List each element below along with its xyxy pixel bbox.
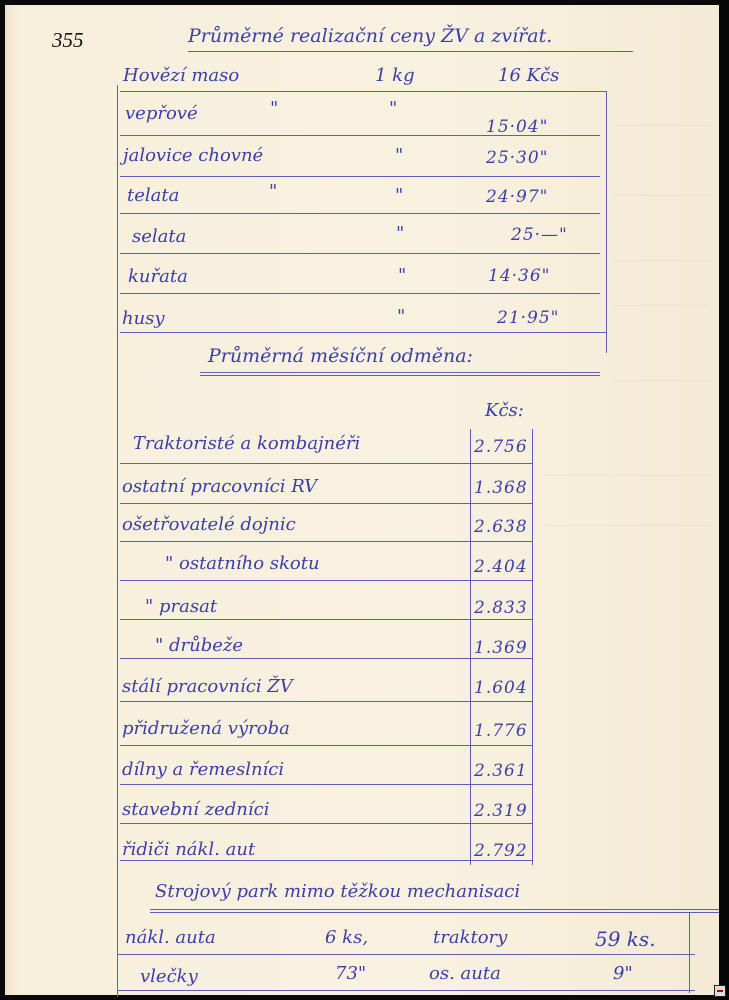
- salary-label: ostatní pracovníci RV: [122, 478, 317, 496]
- table3-right-border: [689, 913, 690, 993]
- salary-label: dílny a řemeslníci: [122, 761, 284, 779]
- salary-label: " ostatního skotu: [165, 555, 320, 573]
- machine-name: nákl. auta: [125, 929, 216, 947]
- machine-name: traktory: [433, 929, 507, 947]
- row-divider: [120, 213, 600, 214]
- table1-bottom-border: [120, 332, 607, 333]
- ditto-mark: ": [397, 308, 405, 326]
- header-unit: 1 kg: [375, 67, 415, 85]
- salary-value: 2.404: [474, 559, 528, 576]
- ditto-mark: ": [395, 187, 403, 205]
- row-divider: [120, 619, 533, 620]
- currency-header: Kčs:: [485, 402, 524, 420]
- table3-bottom-border: [117, 990, 695, 991]
- row-divider: [120, 253, 600, 254]
- row-divider: [120, 176, 600, 177]
- salary-value: 2.319: [474, 803, 528, 820]
- row-divider: [120, 503, 533, 504]
- ditto-mark: ": [270, 100, 278, 118]
- row-divider: [120, 580, 533, 581]
- scan-edge-shadow: [719, 0, 729, 1000]
- title-underline: [200, 372, 600, 373]
- section2-title: Průměrná měsíční odměna:: [208, 347, 473, 366]
- salary-label: řidiči nákl. aut: [122, 841, 255, 859]
- salary-value: 2.833: [474, 600, 528, 617]
- row-divider: [117, 954, 695, 955]
- row-divider: [120, 745, 533, 746]
- row-item: telata: [127, 187, 179, 205]
- title-underline-2: [200, 375, 600, 376]
- salary-label: ošetřovatelé dojnic: [122, 516, 296, 534]
- page-left-margin-line: [117, 85, 118, 997]
- row-price: 25·—": [511, 227, 568, 244]
- row-price: 15·04": [486, 119, 549, 136]
- salary-label: stálí pracovníci ŽV: [122, 678, 293, 696]
- row-divider: [120, 541, 533, 542]
- table1-top-border: [120, 91, 607, 92]
- salary-value: 1.368: [474, 480, 528, 497]
- title-underline: [150, 909, 720, 910]
- salary-label: Traktoristé a kombajnéři: [133, 435, 360, 453]
- ditto-mark: ": [398, 267, 406, 285]
- title-underline: [188, 51, 633, 52]
- page-number: 355: [52, 28, 84, 53]
- machine-count: 9": [613, 965, 633, 983]
- salary-label: " prasat: [145, 598, 217, 616]
- salary-label: stavební zedníci: [122, 801, 269, 819]
- machine-name: os. auta: [429, 965, 501, 983]
- row-price: 24·97": [486, 189, 549, 206]
- machine-count: 6 ks,: [325, 929, 368, 947]
- machine-name: vlečky: [140, 968, 198, 986]
- row-price: 21·95": [497, 310, 560, 327]
- row-item: husy: [122, 310, 165, 328]
- salary-value: 2.756: [474, 439, 528, 456]
- machine-count: 59 ks.: [595, 929, 656, 949]
- value-col-right: [532, 429, 533, 865]
- salary-value: 1.369: [474, 640, 528, 657]
- header-item: Hovězí maso: [123, 67, 239, 85]
- salary-value: 2.638: [474, 519, 528, 536]
- salary-value: 2.361: [474, 763, 528, 780]
- row-price: 14·36": [488, 268, 551, 285]
- row-divider: [120, 463, 533, 464]
- row-divider: [120, 784, 533, 785]
- ditto-mark: ": [396, 225, 404, 243]
- row-divider: [120, 823, 533, 824]
- row-item: kuřata: [128, 268, 188, 286]
- row-divider: [120, 135, 600, 136]
- salary-value: 2.792: [474, 843, 528, 860]
- ditto-mark: ": [395, 147, 403, 165]
- salary-label: přidružená výroba: [122, 720, 290, 738]
- row-divider: [120, 701, 533, 702]
- salary-value: 1.776: [474, 723, 528, 740]
- viewer-corner-icon[interactable]: [714, 985, 726, 997]
- section3-title: Strojový park mimo těžkou mechanisaci: [155, 883, 520, 901]
- section1-title: Průměrné realizační ceny ŽV a zvířat.: [188, 27, 552, 46]
- table1-right-border: [606, 91, 607, 353]
- row-price: 25·30": [486, 150, 549, 167]
- salary-label: " drůbeže: [155, 637, 243, 655]
- row-divider: [120, 860, 533, 861]
- row-divider: [120, 658, 533, 659]
- header-price: 16 Kčs: [498, 67, 559, 85]
- row-item: jalovice chovné: [123, 147, 263, 165]
- salary-value: 1.604: [474, 680, 528, 697]
- machine-count: 73": [335, 965, 366, 983]
- ditto-mark: ": [269, 183, 277, 201]
- title-underline-2: [150, 912, 720, 913]
- row-divider: [120, 293, 600, 294]
- ledger-page: 355 Průměrné realizační ceny ŽV a zvířat…: [5, 5, 719, 995]
- row-item: vepřové: [125, 105, 198, 123]
- row-item: selata: [132, 228, 186, 246]
- value-col-left: [470, 429, 471, 865]
- ditto-mark: ": [389, 100, 397, 118]
